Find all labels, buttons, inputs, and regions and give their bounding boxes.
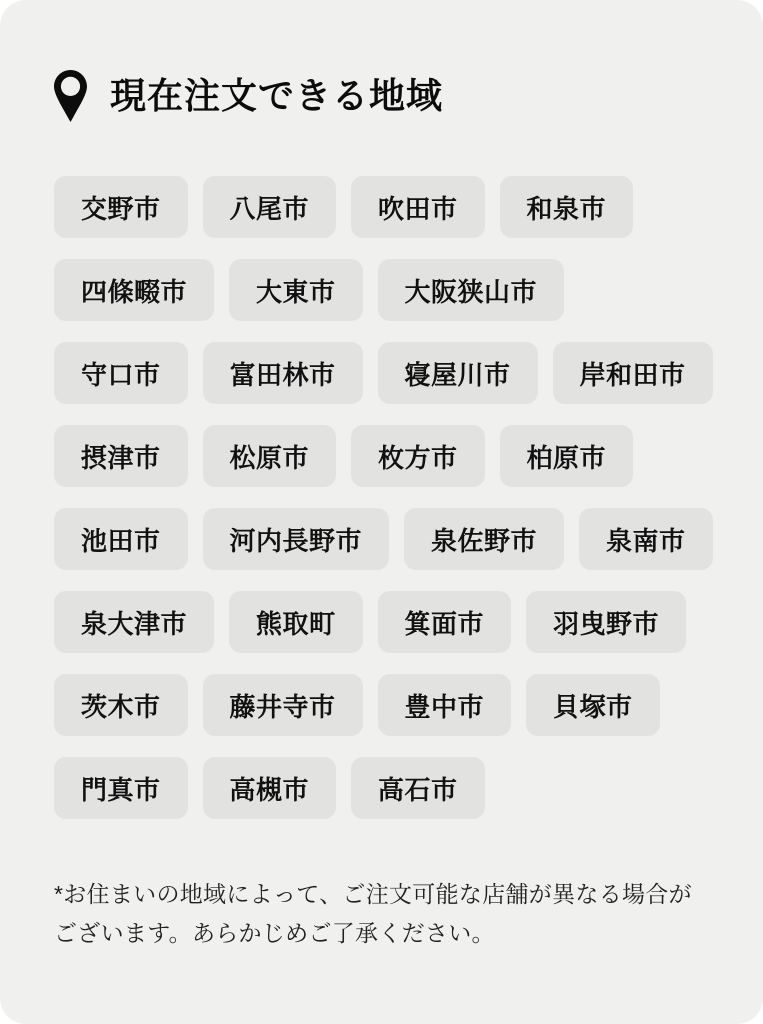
location-pin-icon (54, 70, 87, 122)
region-chip-row: 四條畷市大東市大阪狭山市 (54, 259, 709, 321)
region-chip[interactable]: 大東市 (229, 259, 363, 321)
region-chip[interactable]: 吹田市 (351, 176, 485, 238)
region-chip-row: 交野市八尾市吹田市和泉市 (54, 176, 709, 238)
region-chip[interactable]: 熊取町 (229, 591, 363, 653)
region-chip-row: 泉大津市熊取町箕面市羽曳野市 (54, 591, 709, 653)
region-chip[interactable]: 八尾市 (203, 176, 337, 238)
region-chip[interactable]: 寝屋川市 (378, 342, 538, 404)
region-chip-row: 茨木市藤井寺市豊中市貝塚市 (54, 674, 709, 736)
region-chip[interactable]: 池田市 (54, 508, 188, 570)
region-chip[interactable]: 枚方市 (351, 425, 485, 487)
region-chip-row: 守口市富田林市寝屋川市岸和田市 (54, 342, 709, 404)
region-chip[interactable]: 藤井寺市 (203, 674, 363, 736)
region-chip[interactable]: 柏原市 (500, 425, 634, 487)
region-chip[interactable]: 摂津市 (54, 425, 188, 487)
region-chip[interactable]: 箕面市 (378, 591, 512, 653)
region-chip-row: 池田市河内長野市泉佐野市泉南市 (54, 508, 709, 570)
region-chip[interactable]: 岸和田市 (553, 342, 713, 404)
orderable-area-card: 現在注文できる地域 交野市八尾市吹田市和泉市四條畷市大東市大阪狭山市守口市富田林… (0, 0, 763, 1024)
region-chip[interactable]: 交野市 (54, 176, 188, 238)
region-chip[interactable]: 泉大津市 (54, 591, 214, 653)
region-chip[interactable]: 羽曳野市 (526, 591, 686, 653)
region-chip[interactable]: 高石市 (351, 757, 485, 819)
region-chip[interactable]: 貝塚市 (526, 674, 660, 736)
region-chip-list: 交野市八尾市吹田市和泉市四條畷市大東市大阪狭山市守口市富田林市寝屋川市岸和田市摂… (54, 176, 709, 819)
section-header: 現在注文できる地域 (54, 70, 709, 122)
region-chip[interactable]: 門真市 (54, 757, 188, 819)
region-chip[interactable]: 富田林市 (203, 342, 363, 404)
region-chip[interactable]: 大阪狭山市 (378, 259, 565, 321)
region-chip[interactable]: 泉南市 (579, 508, 713, 570)
region-chip[interactable]: 豊中市 (378, 674, 512, 736)
region-chip-row: 門真市高槻市高石市 (54, 757, 709, 819)
footnote-text: *お住まいの地域によって、ご注文可能な店舗が異なる場合がございます。あらかじめご… (54, 875, 709, 953)
section-title: 現在注文できる地域 (110, 78, 443, 114)
region-chip[interactable]: 松原市 (203, 425, 337, 487)
region-chip-row: 摂津市松原市枚方市柏原市 (54, 425, 709, 487)
region-chip[interactable]: 河内長野市 (203, 508, 390, 570)
region-chip[interactable]: 守口市 (54, 342, 188, 404)
region-chip[interactable]: 泉佐野市 (404, 508, 564, 570)
region-chip[interactable]: 茨木市 (54, 674, 188, 736)
region-chip[interactable]: 四條畷市 (54, 259, 214, 321)
region-chip[interactable]: 和泉市 (500, 176, 634, 238)
region-chip[interactable]: 高槻市 (203, 757, 337, 819)
